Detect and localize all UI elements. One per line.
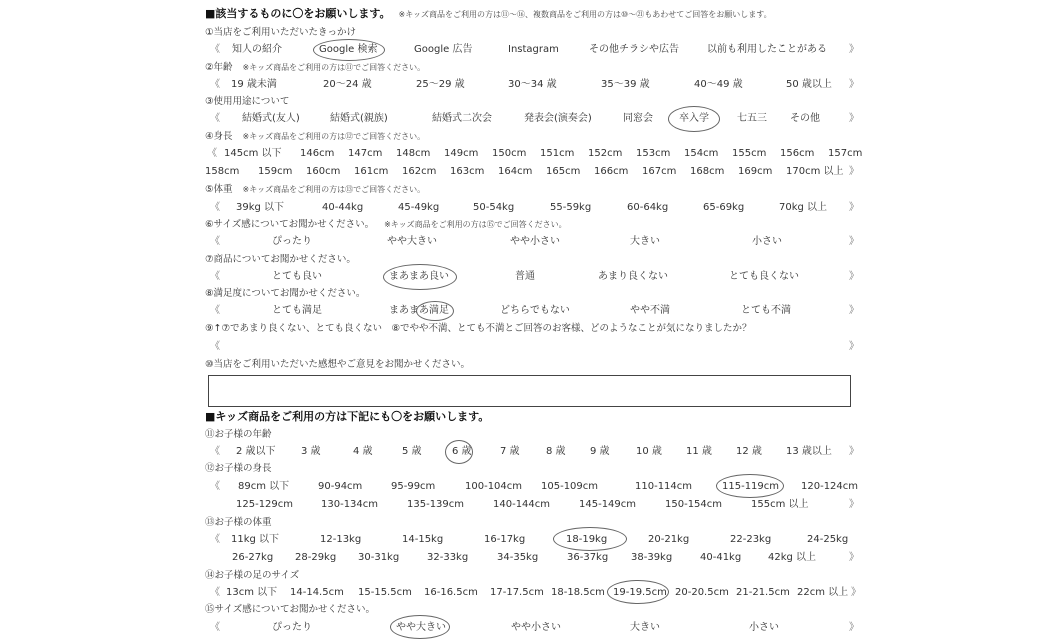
open-bracket: 《 [210,79,220,91]
q15-title: ⑮サイズ感についてお聞かせください。 [205,604,375,616]
q15-option-selected[interactable]: やや大きい [396,622,446,634]
q4-option[interactable]: 156cm [780,148,814,160]
q10-title: ⑩当店をご利用いただいた感想やご意見をお聞かせください。 [205,359,470,371]
q13-option[interactable]: 32-33kg [427,552,468,564]
q3-option[interactable]: 同窓会 [623,113,653,125]
survey-heading: ■該当するものに〇をお願いします。※キッズ商品をご利用の方は⑪〜⑯、複数商品をご… [205,8,772,21]
close-bracket: 》 [851,587,861,599]
q4-option[interactable]: 158cm [205,166,239,178]
close-bracket: 》 [849,236,859,248]
q12-option[interactable]: 125-129cm [236,499,293,511]
q12-option[interactable]: 135-139cm [407,499,464,511]
q4-title: ④身長※キッズ商品をご利用の方は⑫でご回答ください。 [205,131,425,143]
q12-option[interactable]: 130-134cm [321,499,378,511]
q4-option[interactable]: 149cm [444,148,478,160]
close-bracket: 》 [849,79,859,91]
q4-option[interactable]: 169cm [738,166,772,178]
q4-option[interactable]: 148cm [396,148,430,160]
open-bracket: 《 [210,271,220,283]
q13-option-selected[interactable]: 18-19kg [566,534,607,546]
close-bracket: 》 [849,446,859,458]
close-bracket: 》 [849,622,859,634]
q13-option[interactable]: 26-27kg [232,552,273,564]
q2-option[interactable]: 50 歳以上 [786,79,832,91]
q5-option[interactable]: 40-44kg [322,202,363,214]
q7-option[interactable]: 普通 [515,271,535,283]
q4-option[interactable]: 168cm [690,166,724,178]
q12-option[interactable]: 150-154cm [665,499,722,511]
q14-option[interactable]: 20-20.5cm [675,587,729,599]
q6-option[interactable]: 大きい [630,236,660,248]
q13-option[interactable]: 22-23kg [730,534,771,546]
q4-note: ※キッズ商品をご利用の方は⑫でご回答ください。 [243,132,426,141]
close-bracket: 》 [849,271,859,283]
open-bracket: 《 [210,113,220,125]
q1-title: ①当店をご利用いただいたきっかけ [205,27,356,39]
q5-title: ⑤体重※キッズ商品をご利用の方は⑬でご回答ください。 [205,184,425,196]
q3-option[interactable]: 結婚式二次会 [432,113,492,125]
q12-option[interactable]: 100-104cm [465,481,522,493]
q15-option[interactable]: 大きい [630,622,660,634]
q4-title-text: ④身長 [205,131,233,142]
heading-note: ※キッズ商品をご利用の方は⑪〜⑯、複数商品をご利用の方は⑩〜㉑もあわせてご回答を… [399,10,772,19]
q12-option[interactable]: 140-144cm [493,499,550,511]
q3-option[interactable]: 結婚式(友人) [242,113,300,125]
q5-option[interactable]: 70kg 以上 [779,202,827,214]
q12-option[interactable]: 89cm 以下 [238,481,289,493]
open-bracket: 《 [210,587,220,599]
q13-option[interactable]: 20-21kg [648,534,689,546]
q5-option[interactable]: 65-69kg [703,202,744,214]
q4-option[interactable]: 162cm [402,166,436,178]
q4-option[interactable]: 150cm [492,148,526,160]
q13-title: ⑬お子様の体重 [205,517,272,529]
q6-option[interactable]: やや小さい [510,236,560,248]
q5-option[interactable]: 60-64kg [627,202,668,214]
q6-title: ⑥サイズ感についてお聞かせください。※キッズ商品をご利用の方は⑮でご回答ください… [205,219,567,231]
open-bracket: 《 [207,148,217,160]
open-bracket: 《 [210,202,220,214]
close-bracket: 》 [849,44,859,56]
q11-option[interactable]: 11 歳 [686,446,712,458]
q13-option[interactable]: 38-39kg [631,552,672,564]
q11-title: ⑪お子様の年齢 [205,429,272,441]
q5-note: ※キッズ商品をご利用の方は⑬でご回答ください。 [243,185,426,194]
q2-option[interactable]: 35〜39 歳 [601,79,650,91]
q8-option-selected[interactable]: まあまあ満足 [389,305,449,317]
q13-option[interactable]: 42kg 以上 [768,552,816,564]
q13-option[interactable]: 28-29kg [295,552,336,564]
q2-option[interactable]: 20〜24 歳 [323,79,372,91]
q7-option[interactable]: あまり良くない [598,271,668,283]
q2-option[interactable]: 40〜49 歳 [694,79,743,91]
q5-option[interactable]: 39kg 以下 [236,202,284,214]
q4-option[interactable]: 166cm [594,166,628,178]
q13-option[interactable]: 16-17kg [484,534,525,546]
q4-option[interactable]: 147cm [348,148,382,160]
q12-option[interactable]: 105-109cm [541,481,598,493]
q4-option[interactable]: 163cm [450,166,484,178]
q9-title: ⑨↑⑦であまり良くない、とても良くない ⑧でやや不満、とても不満とご回答のお客様… [205,323,752,335]
close-bracket: 》 [849,499,859,511]
q4-option[interactable]: 161cm [354,166,388,178]
q13-option[interactable]: 34-35kg [497,552,538,564]
q11-option[interactable]: 5 歳 [402,446,422,458]
q1-option[interactable]: Instagram [508,44,559,56]
q11-option[interactable]: 13 歳以上 [786,446,832,458]
q11-option[interactable]: 12 歳 [736,446,762,458]
q11-option[interactable]: 10 歳 [636,446,662,458]
q2-option[interactable]: 25〜29 歳 [416,79,465,91]
q12-option[interactable]: 120-124cm [801,481,858,493]
q14-option[interactable]: 22cm 以上 [797,587,848,599]
q6-title-text: ⑥サイズ感についてお聞かせください。 [205,219,374,230]
q14-option-selected[interactable]: 19-19.5cm [613,587,667,599]
q5-option[interactable]: 55-59kg [550,202,591,214]
q8-title: ⑧満足度についてお聞かせください。 [205,288,365,300]
q14-title: ⑭お子様の足のサイズ [205,570,299,582]
kids-heading: ■キッズ商品をご利用の方は下記にも〇をお願いします。 [205,411,489,423]
q6-option[interactable]: やや大きい [387,236,437,248]
q8-option[interactable]: どちらでもない [500,305,570,317]
close-bracket: 》 [849,305,859,317]
open-bracket: 《 [210,341,220,353]
q15-option[interactable]: 小さい [749,622,779,634]
q13-option[interactable]: 40-41kg [700,552,741,564]
q1-option-selected[interactable]: Google 検索 [319,44,377,56]
q1-option[interactable]: 知人の紹介 [232,44,282,56]
q2-option[interactable]: 19 歳未満 [231,79,277,91]
q5-option[interactable]: 45-49kg [398,202,439,214]
q13-option[interactable]: 14-15kg [402,534,443,546]
q11-option[interactable]: 3 歳 [301,446,321,458]
q2-note: ※キッズ商品をご利用の方は⑪でご回答ください。 [243,63,426,72]
q4-option[interactable]: 159cm [258,166,292,178]
q14-option[interactable]: 15-15.5cm [358,587,412,599]
close-bracket: 》 [849,202,859,214]
q13-option[interactable]: 36-37kg [567,552,608,564]
q4-option[interactable]: 170cm 以上 [786,166,844,178]
q7-option-selected[interactable]: まあまあ良い [389,271,449,283]
q1-option[interactable]: 以前も利用したことがある [707,44,827,56]
q4-option[interactable]: 153cm [636,148,670,160]
q13-option[interactable]: 11kg 以下 [231,534,279,546]
q8-option[interactable]: とても不満 [741,305,791,317]
q7-option[interactable]: とても良くない [729,271,799,283]
q11-option[interactable]: 2 歳以下 [236,446,276,458]
q4-option[interactable]: 154cm [684,148,718,160]
q3-option[interactable]: その他 [790,113,820,125]
q1-option[interactable]: Google 広告 [414,44,472,56]
close-bracket: 》 [849,113,859,125]
q3-option[interactable]: 発表会(演奏会) [524,113,592,125]
open-bracket: 《 [210,305,220,317]
q14-option[interactable]: 14-14.5cm [290,587,344,599]
q3-option[interactable]: 結婚式(親族) [330,113,388,125]
q4-option[interactable]: 145cm 以下 [224,148,282,160]
q1-option[interactable]: その他チラシや広告 [589,44,679,56]
open-bracket: 《 [210,236,220,248]
q4-option[interactable]: 157cm [828,148,862,160]
q8-option[interactable]: やや不満 [630,305,670,317]
q14-option[interactable]: 16-16.5cm [424,587,478,599]
q6-note: ※キッズ商品をご利用の方は⑮でご回答ください。 [384,220,567,229]
q4-option[interactable]: 152cm [588,148,622,160]
open-bracket: 《 [210,446,220,458]
open-bracket: 《 [210,481,220,493]
q14-option[interactable]: 21-21.5cm [736,587,790,599]
q11-option[interactable]: 9 歳 [590,446,610,458]
q11-option[interactable]: 8 歳 [546,446,566,458]
q7-title: ⑦商品についてお聞かせください。 [205,254,356,266]
q15-option[interactable]: ぴったり [272,622,312,634]
q4-option[interactable]: 167cm [642,166,676,178]
q4-option[interactable]: 164cm [498,166,532,178]
q5-option[interactable]: 50-54kg [473,202,514,214]
q11-option-selected[interactable]: 6 歳 [452,446,472,458]
q12-option[interactable]: 90-94cm [318,481,362,493]
open-bracket: 《 [210,534,220,546]
q14-option[interactable]: 13cm 以下 [226,587,277,599]
q3-title: ③使用用途について [205,96,289,108]
q2-title: ②年齢※キッズ商品をご利用の方は⑪でご回答ください。 [205,62,425,74]
q12-option[interactable]: 95-99cm [391,481,435,493]
q13-option[interactable]: 12-13kg [320,534,361,546]
q13-option[interactable]: 24-25kg [807,534,848,546]
q4-option[interactable]: 160cm [306,166,340,178]
q4-option[interactable]: 146cm [300,148,334,160]
q11-option[interactable]: 4 歳 [353,446,373,458]
q11-option[interactable]: 7 歳 [500,446,520,458]
close-bracket: 》 [849,341,859,353]
close-bracket: 》 [849,166,859,178]
q12-option[interactable]: 155cm 以上 [751,499,809,511]
q4-option[interactable]: 151cm [540,148,574,160]
q7-option[interactable]: とても良い [272,271,322,283]
q4-option[interactable]: 165cm [546,166,580,178]
heading-title: ■該当するものに〇をお願いします。 [205,7,391,20]
q3-option[interactable]: 七五三 [737,113,767,125]
q2-title-text: ②年齢 [205,62,233,73]
open-bracket: 《 [210,44,220,56]
q8-option[interactable]: とても満足 [272,305,322,317]
q4-option[interactable]: 155cm [732,148,766,160]
q10-comment-box[interactable] [208,375,851,407]
q12-option[interactable]: 145-149cm [579,499,636,511]
q14-option[interactable]: 18-18.5cm [551,587,605,599]
q12-option-selected[interactable]: 115-119cm [722,481,779,493]
q6-option[interactable]: 小さい [752,236,782,248]
q12-option[interactable]: 110-114cm [635,481,692,493]
q12-title: ⑫お子様の身長 [205,463,272,475]
survey-page: ■該当するものに〇をお願いします。※キッズ商品をご利用の方は⑪〜⑯、複数商品をご… [0,0,1060,640]
q13-option[interactable]: 30-31kg [358,552,399,564]
q6-option[interactable]: ぴったり [272,236,312,248]
q14-option[interactable]: 17-17.5cm [490,587,544,599]
close-bracket: 》 [849,552,859,564]
open-bracket: 《 [210,622,220,634]
q2-option[interactable]: 30〜34 歳 [508,79,557,91]
q3-option-selected[interactable]: 卒入学 [679,113,709,125]
q15-option[interactable]: やや小さい [511,622,561,634]
q5-title-text: ⑤体重 [205,184,233,195]
